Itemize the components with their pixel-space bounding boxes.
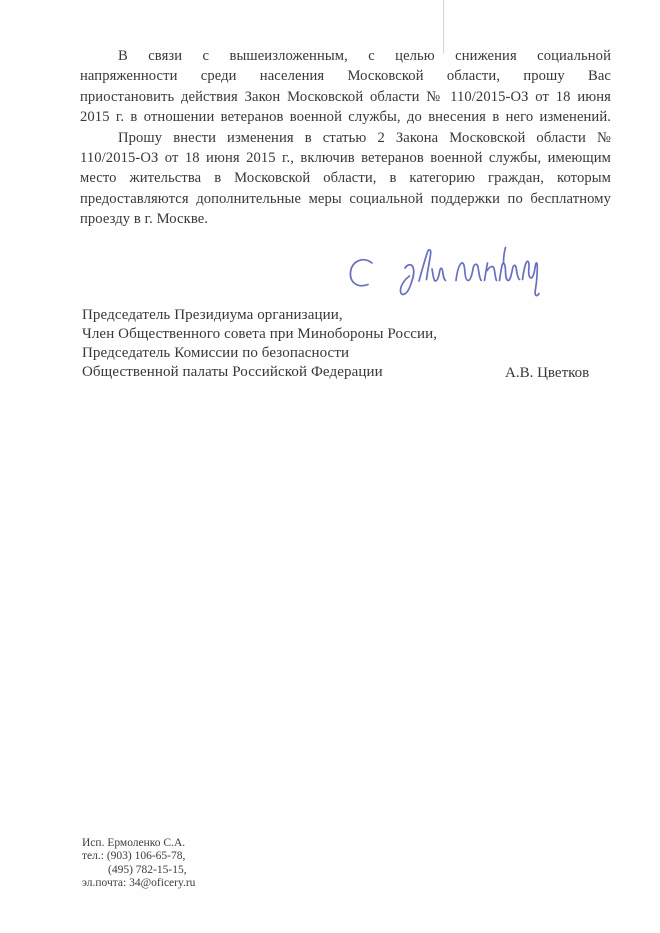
- body-line: приостановить действия Закон Московской …: [80, 87, 611, 107]
- body-line: предоставляются дополнительные меры соци…: [80, 189, 611, 209]
- signer-name: А.В. Цветков: [505, 364, 589, 383]
- signer-title-line: Председатель Президиума организации,: [82, 306, 512, 325]
- executor-phone-2: (495) 782-15-15,: [82, 864, 195, 877]
- executor-email: эл.почта: 34@oficery.ru: [82, 877, 195, 890]
- executor-phone-1: тел.: (903) 106-65-78,: [82, 850, 195, 863]
- scanned-letter-page: В связи с вышеизложенным, с целью снижен…: [0, 0, 660, 933]
- paragraph-2: Прошу внести изменения в статью 2 Закона…: [80, 128, 611, 230]
- signer-title-line: Член Общественного совета при Минобороны…: [82, 325, 512, 344]
- body-line: напряженности среди населения Московской…: [80, 66, 611, 86]
- body-line: 110/2015-ОЗ от 18 июня 2015 г., включив …: [80, 148, 611, 168]
- paragraph-1: В связи с вышеизложенным, с целью снижен…: [80, 46, 611, 128]
- body-line: Прошу внести изменения в статью 2 Закона…: [80, 128, 611, 148]
- signer-title-line: Председатель Комиссии по безопасности: [82, 344, 512, 363]
- body-line: проезду в г. Москве.: [80, 209, 611, 229]
- body-line: 2015 г. в отношении ветеранов военной сл…: [80, 107, 611, 127]
- body-line: место жительства в Московской области, в…: [80, 168, 611, 188]
- executor-name: Исп. Ермоленко С.А.: [82, 837, 195, 850]
- signature-titles-block: Председатель Президиума организации, Чле…: [82, 306, 512, 382]
- handwritten-closing-text: С уважением: [0, 0, 1, 1]
- signer-title-line: Общественной палаты Российской Федерации: [82, 363, 512, 382]
- body-line: В связи с вышеизложенным, с целью снижен…: [80, 46, 611, 66]
- letter-body: В связи с вышеизложенным, с целью снижен…: [80, 46, 611, 230]
- handwritten-closing: [350, 248, 539, 296]
- executor-contact-block: Исп. Ермоленко С.А. тел.: (903) 106-65-7…: [82, 837, 195, 891]
